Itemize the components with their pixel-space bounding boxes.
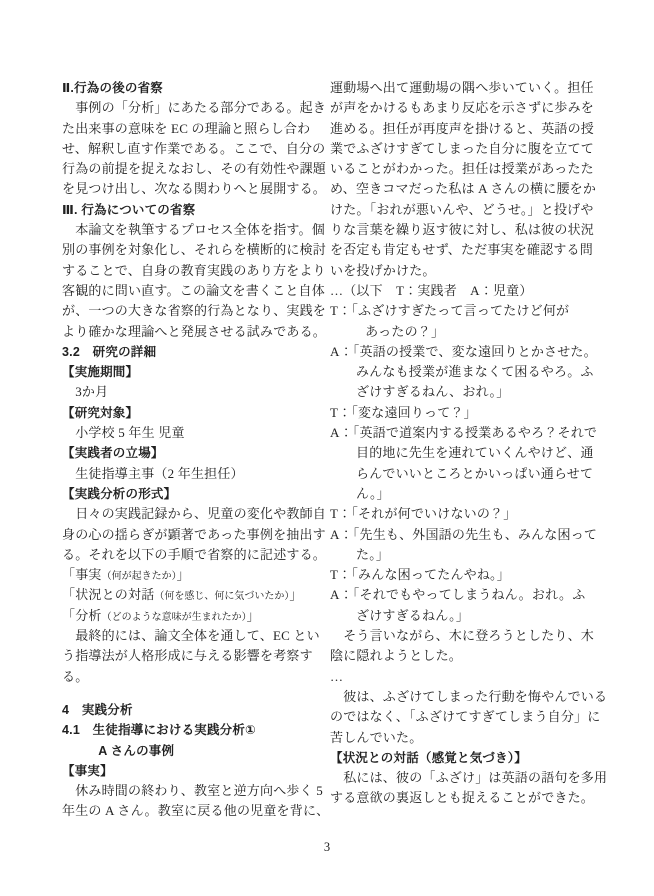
text-line: いることがわかった。担任は授業があったた (330, 159, 598, 179)
text-line: 「分析（どのような意味が生まれたか）」 (62, 606, 330, 626)
heading-line: 【実施期間】 (62, 362, 330, 382)
heading-line: Ⅱ.行為の後の省察 (62, 78, 330, 98)
text-line: 休み時間の終わり、教室と逆方向へ歩く 5 (62, 781, 330, 801)
text-line: そう言いながら、木に登ろうとしたり、木 (330, 626, 598, 646)
page-number: 3 (0, 840, 654, 855)
text-line: A：「英語の授業で、変な遠回りとかさせた。 (330, 342, 598, 362)
text-line: 進める。担任が再度声を掛けると、英語の授 (330, 119, 598, 139)
text-line: 業でふざけすぎてしまった自分に腹を立てて (330, 139, 598, 159)
heading-line: 3.2 研究の詳細 (62, 342, 330, 362)
text-line: ざけすぎるねん。」 (330, 606, 598, 626)
text-line: た出来事の意味を EC の理論と照らし合わ (62, 119, 330, 139)
text-line: 陰に隠れようとした。 (330, 646, 598, 666)
text-line: T：「ふざけすぎたって言ってたけど何が (330, 301, 598, 321)
text-line: らんでいいところとかいっぱい通らせて (330, 464, 598, 484)
text-line: けた。「おれが悪いんや、どうせ。」と投げや (330, 200, 598, 220)
text-line: T：「変な遠回りって？」 (330, 403, 598, 423)
text-line: 年生の A さん。教室に戻る他の児童を背に、 (62, 801, 330, 821)
heading-line: 【状況との対話（感覚と気づき）】 (330, 748, 598, 768)
text-segment: 「状況との対話 (62, 587, 154, 602)
text-line: る。それを以下の手順で省察的に記述する。 (62, 545, 330, 565)
text-line: 日々の実践記録から、児童の変化や教師自 (62, 504, 330, 524)
text-segment: 」 (177, 567, 190, 582)
left-column: Ⅱ.行為の後の省察 事例の「分析」にあたる部分である。起きた出来事の意味を EC… (62, 78, 330, 822)
text-line: 別の事例を対象化し、それらを横断的に検討 (62, 240, 330, 260)
heading-line: Ⅲ. 行為についての省察 (62, 200, 330, 220)
heading-line: A さんの事例 (62, 741, 330, 761)
heading-line: 【実践分析の形式】 (62, 484, 330, 504)
annotation-text: （どのような意味が生まれたか） (102, 612, 247, 623)
text-line: A：「それでもやってしまうねん。おれ。ふ (330, 585, 598, 605)
text-line: 行為の前提を捉えなおし、その有効性や課題 (62, 159, 330, 179)
text-line: … (330, 667, 598, 687)
text-line: A：「英語で道案内する授業あるやろ？それで (330, 423, 598, 443)
text-line: う指導法が人格形成に与える影響を考察す (62, 646, 330, 666)
text-line: する意欲の裏返しとも捉えることができた。 (330, 788, 598, 808)
text-line: 目的地に先生を連れていくんやけど、通 (330, 443, 598, 463)
text-line: 最終的には、論文全体を通して、EC とい (62, 626, 330, 646)
text-line: め、空きコマだった私は A さんの横に腰をか (330, 179, 598, 199)
text-line: た。」 (330, 545, 598, 565)
heading-line: 4.1 生徒指導における実践分析① (62, 720, 330, 740)
text-line: 本論文を執筆するプロセス全体を指す。個 (62, 220, 330, 240)
text-line: のではなく、「ふざけてすぎてしまう自分」に (330, 707, 598, 727)
text-line: A：「先生も、外国語の先生も、みんな困って (330, 525, 598, 545)
text-line: 苦しんでいた。 (330, 728, 598, 748)
text-line: 3か月 (62, 382, 330, 402)
text-line: を否定も肯定もせず、ただ事実を確認する問 (330, 240, 598, 260)
text-line: 「事実（何が起きたか）」 (62, 565, 330, 585)
text-line: 事例の「分析」にあたる部分である。起き (62, 98, 330, 118)
text-line: より確かな理論へと発展させる試みである。 (62, 322, 330, 342)
text-line: りな言葉を繰り返す彼に対し、私は彼の状況 (330, 220, 598, 240)
text-line: T：「みんな困ってたんやね。」 (330, 565, 598, 585)
text-line: が、一つの大きな省察的行為となり、実践を (62, 301, 330, 321)
text-segment: 「分析 (62, 608, 102, 623)
annotation-text: （何が起きたか） (102, 571, 177, 582)
text-segment: 」 (289, 587, 302, 602)
text-line: せ、解釈し直す作業である。ここで、自分の (62, 139, 330, 159)
text-line: 生徒指導主事（2 年生担任） (62, 464, 330, 484)
heading-line: 【実践者の立場】 (62, 443, 330, 463)
heading-line: 4 実践分析 (62, 700, 330, 720)
text-line: 彼は、ふざけてしまった行動を悔やんでいる (330, 687, 598, 707)
text-line: あったの？」 (330, 322, 598, 342)
right-column: 運動場へ出て運動場の隅へ歩いていく。担任が声をかけるもあまり反応を示さずに歩みを… (330, 78, 598, 809)
annotation-text: （何を感じ、何に気づいたか） (154, 591, 289, 602)
text-line: T：「それが何でいけないの？」 (330, 504, 598, 524)
text-line: を見つけ出し、次なる関わりへと展開する。 (62, 179, 330, 199)
text-line: 客観的に問い直す。この論文を書くこと自体 (62, 281, 330, 301)
heading-line: 【研究対象】 (62, 403, 330, 423)
document-page: Ⅱ.行為の後の省察 事例の「分析」にあたる部分である。起きた出来事の意味を EC… (0, 0, 654, 896)
text-line: 小学校 5 年生 児童 (62, 423, 330, 443)
text-line: ん。」 (330, 484, 598, 504)
text-line: 運動場へ出て運動場の隅へ歩いていく。担任 (330, 78, 598, 98)
blank-line (62, 687, 330, 700)
text-line: …（以下 T：実践者 A：児童） (330, 281, 598, 301)
text-segment: 」 (247, 608, 260, 623)
text-line: 「状況との対話（何を感じ、何に気づいたか）」 (62, 585, 330, 605)
text-line: る。 (62, 667, 330, 687)
text-line: 身の心の揺らぎが顕著であった事例を抽出す (62, 525, 330, 545)
text-line: ざけすぎるねん、おれ。」 (330, 382, 598, 402)
text-line: みんなも授業が進まなくて困るやろ。ふ (330, 362, 598, 382)
text-line: が声をかけるもあまり反応を示さずに歩みを (330, 98, 598, 118)
text-segment: 「事実 (62, 567, 102, 582)
heading-line: 【事実】 (62, 761, 330, 781)
text-line: いを投げかけた。 (330, 261, 598, 281)
text-line: 私には、彼の「ふざけ」は英語の語句を多用 (330, 768, 598, 788)
text-line: することで、自身の教育実践のあり方をより (62, 261, 330, 281)
